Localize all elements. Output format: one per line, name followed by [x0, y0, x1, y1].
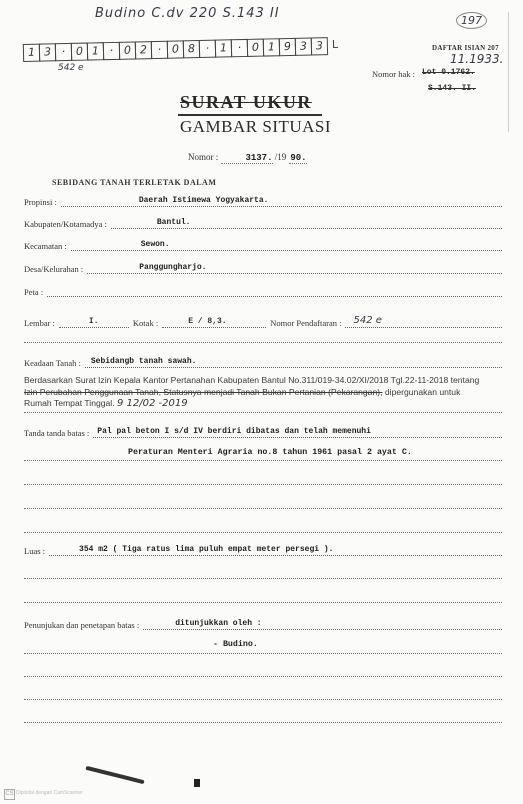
field-desa: Desa/Kelurahan : Panggungharjo. — [24, 263, 502, 274]
luas-value: 354 m2 ( Tiga ratus lima puluh empat met… — [79, 545, 333, 554]
id-code-cell: · — [199, 40, 216, 58]
blank-line — [24, 699, 502, 700]
field-keadaan-tanah: Keadaan Tanah : Sebidangb tanah sawah. — [24, 357, 502, 368]
field-kecamatan: Kecamatan : Sewon. — [24, 240, 502, 251]
blank-line — [24, 653, 502, 654]
section-heading: SEBIDANG TANAH TERLETAK DALAM — [52, 178, 216, 187]
field-tanda-batas: Tanda tanda batas : Pal pal beton I s/d … — [24, 427, 502, 438]
scanner-watermark: Dipindai dengan CamScanner — [16, 790, 83, 796]
nomor-pendaftaran-value: 542 e — [353, 315, 381, 326]
blank-line — [24, 676, 502, 677]
kabupaten-value: Bantul. — [157, 218, 191, 227]
id-code-cell: 3 — [39, 43, 56, 61]
document-page: Budino C.dv 220 S.143 II 197 13·01·02·08… — [0, 0, 523, 804]
id-code-suffix: L — [332, 37, 339, 55]
id-code-cell: 1 — [87, 42, 104, 60]
id-code-cell: · — [151, 41, 168, 59]
id-code-cell: 0 — [71, 43, 88, 61]
penunjukan-line-2: - Budino. — [213, 640, 258, 649]
kecamatan-value: Sewon. — [141, 240, 170, 249]
id-code-cell: 0 — [119, 41, 136, 59]
field-kabupaten: Kabupaten/Kotamadya : Bantul. — [24, 218, 502, 229]
keadaan-tanah-value: Sebidangb tanah sawah. — [91, 357, 197, 366]
main-title: GAMBAR SITUASI — [180, 117, 331, 137]
blank-line — [24, 484, 502, 485]
tanda-batas-line-2: Peraturan Menteri Agraria no.8 tahun 196… — [128, 448, 412, 457]
id-code-cell: 8 — [183, 40, 200, 58]
camscanner-logo-icon: CS — [4, 789, 15, 800]
handwritten-top-note: Budino C.dv 220 S.143 II — [95, 6, 280, 21]
field-peta: Peta : — [24, 286, 502, 297]
blank-line — [24, 412, 502, 413]
handwritten-date: 9 12/02 -2019 — [117, 398, 188, 409]
blank-line — [24, 578, 502, 579]
nomor-hak-label: Nomor hak : — [372, 69, 415, 79]
year-value: 90. — [290, 153, 306, 163]
printed-permit-note: Berdasarkan Surat Izin Kepala Kantor Per… — [24, 375, 514, 410]
struck-title: SURAT UKUR — [180, 92, 312, 113]
scan-smudge — [194, 779, 200, 787]
id-code-cell: 9 — [279, 38, 296, 56]
blank-line — [24, 508, 502, 509]
kotak-value: E / 8,3. — [188, 317, 226, 326]
form-name: DAFTAR ISIAN 207 — [432, 44, 499, 52]
scan-smudge — [85, 766, 144, 784]
id-code-cell: 0 — [247, 39, 264, 57]
year-prefix: /19 — [275, 152, 287, 162]
field-luas: Luas : 354 m2 ( Tiga ratus lima puluh em… — [24, 545, 502, 556]
blank-line — [24, 342, 502, 343]
propinsi-value: Daerah Istimewa Yogyakarta. — [139, 196, 269, 205]
lembar-kotak-row: Lembar : I. Kotak : E / 8,3. Nomor Penda… — [24, 317, 502, 328]
page-number: 197 — [456, 12, 487, 29]
title-rule — [178, 114, 322, 116]
nomor-hak-struck-1: Lot 0.1762. — [422, 68, 475, 77]
nomor-label: Nomor : — [188, 152, 218, 162]
id-code-cell: 1 — [215, 39, 232, 57]
blank-line — [24, 602, 502, 603]
nomor-hak-struck-2: S.143. II. — [428, 84, 476, 93]
id-code-cell: 1 — [263, 38, 280, 56]
under-code-note: 542 e — [58, 63, 84, 73]
id-code-cell: · — [231, 39, 248, 57]
id-code-cell: 3 — [295, 37, 312, 55]
nomor-value: 3137. — [245, 153, 272, 163]
penunjukan-line-1: ditunjukkan oleh : — [175, 619, 261, 628]
tanda-batas-line-1: Pal pal beton I s/d IV berdiri dibatas d… — [97, 427, 371, 436]
blank-line — [24, 532, 502, 533]
id-code-cell: 1 — [23, 44, 40, 62]
id-code-cell: · — [103, 42, 120, 60]
field-propinsi: Propinsi : Daerah Istimewa Yogyakarta. — [24, 196, 502, 207]
nomor-hak-handwritten: 11.1933. — [450, 52, 503, 66]
id-code-cell: 2 — [135, 41, 152, 59]
id-code-cell: 3 — [311, 37, 328, 55]
field-penunjukan: Penunjukan dan penetapan batas : ditunju… — [24, 619, 502, 630]
lembar-value: I. — [89, 317, 99, 326]
blank-line — [24, 460, 502, 461]
id-code-cell: 0 — [167, 40, 184, 58]
page-edge — [508, 12, 509, 132]
desa-value: Panggungharjo. — [139, 263, 206, 272]
blank-line — [24, 722, 502, 723]
nomor-row: Nomor : 3137. /19 90. — [188, 152, 307, 164]
id-code-cell: · — [55, 43, 72, 61]
parcel-id-code-box: 13·01·02·08·1·01933L — [24, 37, 338, 62]
